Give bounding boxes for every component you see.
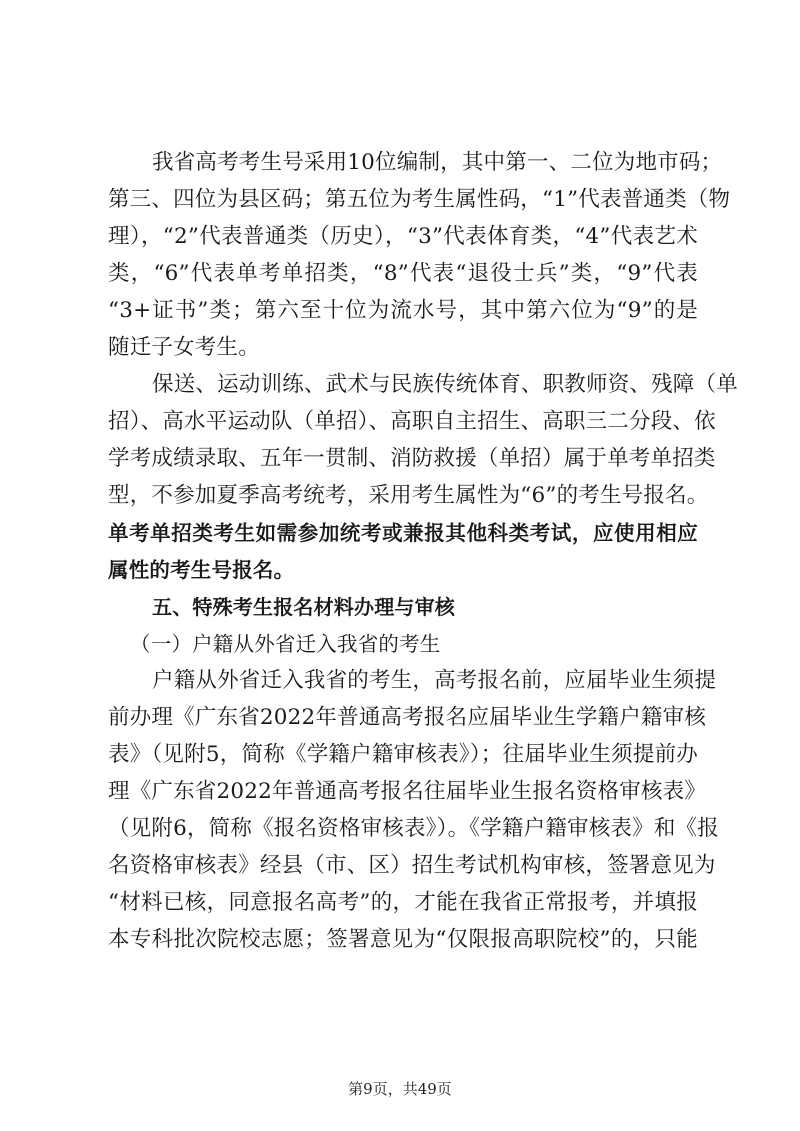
bold-notice-line-2: 属性的考生号报名。 bbox=[108, 555, 698, 585]
paragraph-3-line-1: 户籍从外省迁入我省的考生，高考报名前，应届毕业生须提 bbox=[152, 666, 698, 696]
paragraph-1-line-2: 第三、四位为县区码；第五位为考生属性码，“1”代表普通类（物 bbox=[108, 185, 698, 215]
paragraph-2-line-1: 保送、运动训练、武术与民族传统体育、职教师资、残障（单 bbox=[152, 370, 698, 400]
paragraph-3-line-3: 表》（见附5，简称《学籍户籍审核表》）；往届毕业生须提前办 bbox=[108, 740, 698, 770]
paragraph-3-line-5: （见附6，简称《报名资格审核表》）。《学籍户籍审核表》和《报 bbox=[108, 814, 698, 844]
subsection-heading: （一）户籍从外省迁入我省的考生 bbox=[130, 629, 698, 659]
paragraph-3-line-2: 前办理《广东省2022年普通高考报名应届毕业生学籍户籍审核 bbox=[108, 703, 698, 733]
paragraph-2-line-4: 型，不参加夏季高考统考，采用考生属性为“6”的考生号报名。 bbox=[108, 481, 698, 511]
paragraph-1-line-3: 理），“2”代表普通类（历史），“3”代表体育类，“4”代表艺术 bbox=[108, 222, 698, 252]
page-number-footer: 第9页，共49页 bbox=[0, 1078, 800, 1099]
paragraph-3-line-4: 理《广东省2022年普通高考报名往届毕业生报名资格审核表》 bbox=[108, 777, 698, 807]
document-page: 我省高考考生号采用10位编制，其中第一、二位为地市码； 第三、四位为县区码；第五… bbox=[0, 0, 800, 1131]
paragraph-3-line-6: 名资格审核表》经县（市、区）招生考试机构审核，签署意见为 bbox=[108, 851, 698, 881]
bold-notice-line-1: 单考单招类考生如需参加统考或兼报其他科类考试，应使用相应 bbox=[108, 518, 698, 548]
section-heading: 五、特殊考生报名材料办理与审核 bbox=[152, 592, 698, 622]
paragraph-1-line-4: 类，“6”代表单考单招类，“8”代表“退役士兵”类，“9”代表 bbox=[108, 259, 698, 289]
paragraph-3-line-7: “材料已核，同意报名高考”的，才能在我省正常报考，并填报 bbox=[108, 888, 698, 918]
paragraph-3-line-8: 本专科批次院校志愿；签署意见为“仅限报高职院校”的，只能 bbox=[108, 925, 698, 955]
paragraph-2-line-3: 学考成绩录取、五年一贯制、消防救援（单招）属于单考单招类 bbox=[108, 444, 698, 474]
paragraph-1-line-1: 我省高考考生号采用10位编制，其中第一、二位为地市码； bbox=[152, 148, 698, 178]
paragraph-1-line-6: 随迁子女考生。 bbox=[108, 333, 698, 363]
paragraph-1-line-5: “3+证书”类；第六至十位为流水号，其中第六位为“9”的是 bbox=[108, 296, 698, 326]
paragraph-2-line-2: 招）、高水平运动队（单招）、高职自主招生、高职三二分段、依 bbox=[108, 407, 698, 437]
